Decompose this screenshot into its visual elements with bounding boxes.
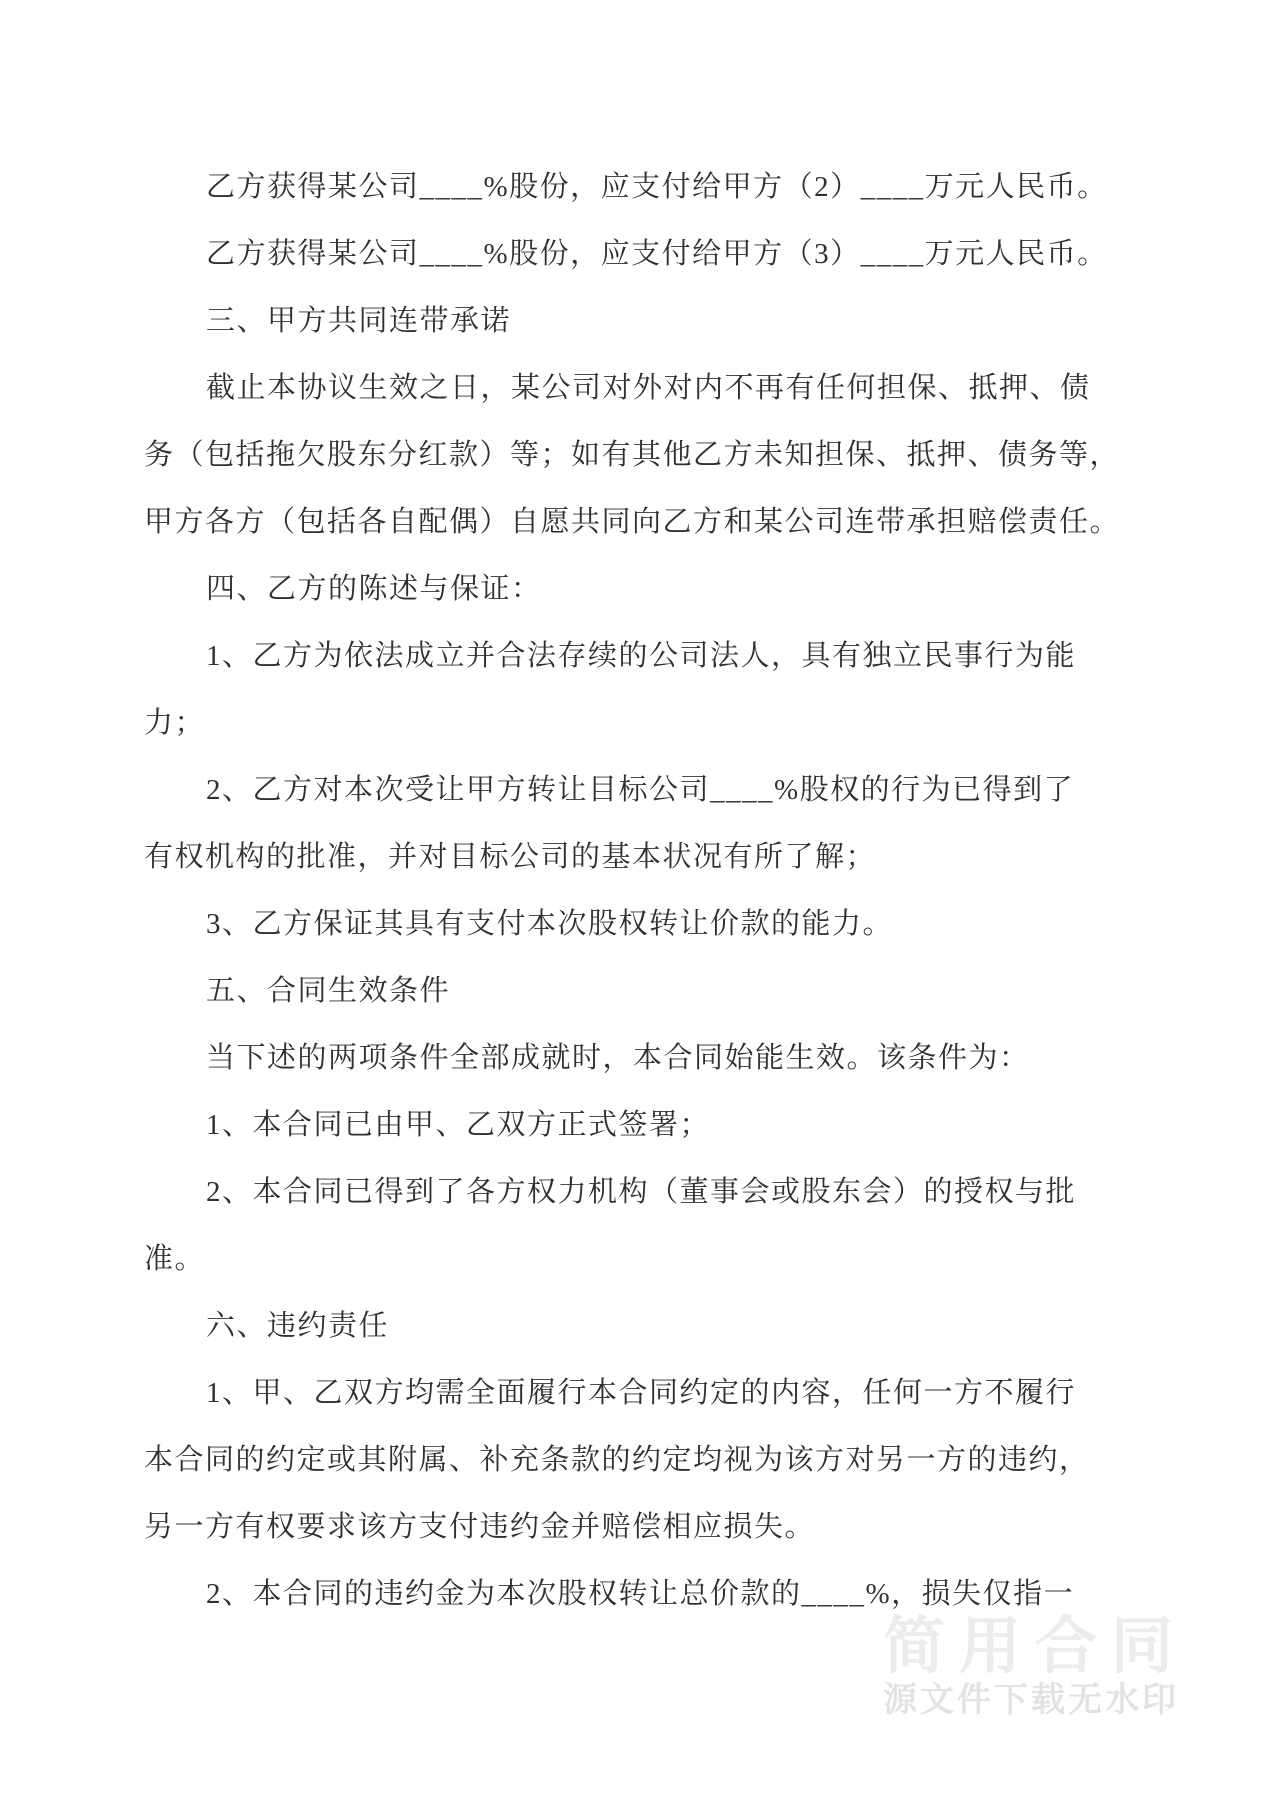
document-page: 乙方获得某公司____%股份，应支付给甲方（2）____万元人民币。 乙方获得某… — [0, 0, 1280, 1810]
contract-line: 本合同的约定或其附属、补充条款的约定均视为该方对另一方的违约， — [144, 1427, 1119, 1494]
contract-line: 乙方获得某公司____%股份，应支付给甲方（3）____万元人民币。 — [144, 221, 1119, 288]
contract-line: 有权机构的批准，并对目标公司的基本状况有所了解； — [144, 824, 1119, 891]
contract-line: 准。 — [144, 1226, 1119, 1293]
contract-line: 力； — [144, 690, 1119, 757]
contract-line: 1、甲、乙双方均需全面履行本合同约定的内容，任何一方不履行 — [144, 1360, 1119, 1427]
contract-line: 2、乙方对本次受让甲方转让目标公司____%股权的行为已得到了 — [144, 757, 1119, 824]
contract-section-heading: 四、乙方的陈述与保证： — [144, 556, 1119, 623]
contract-section-heading: 五、合同生效条件 — [144, 958, 1119, 1025]
contract-line: 3、乙方保证其具有支付本次股权转让价款的能力。 — [144, 891, 1119, 958]
contract-line: 1、乙方为依法成立并合法存续的公司法人，具有独立民事行为能 — [144, 623, 1119, 690]
contract-line: 2、本合同已得到了各方权力机构（董事会或股东会）的授权与批 — [144, 1159, 1119, 1226]
contract-line: 当下述的两项条件全部成就时，本合同始能生效。该条件为： — [144, 1025, 1119, 1092]
contract-line: 另一方有权要求该方支付违约金并赔偿相应损失。 — [144, 1494, 1119, 1561]
contract-body: 乙方获得某公司____%股份，应支付给甲方（2）____万元人民币。 乙方获得某… — [144, 154, 1119, 1628]
watermark-note: 源文件下载无水印 — [883, 1672, 1179, 1721]
contract-line: 截止本协议生效之日，某公司对外对内不再有任何担保、抵押、债 — [144, 355, 1119, 422]
contract-line: 乙方获得某公司____%股份，应支付给甲方（2）____万元人民币。 — [144, 154, 1119, 221]
contract-line: 1、本合同已由甲、乙双方正式签署； — [144, 1092, 1119, 1159]
contract-line: 甲方各方（包括各自配偶）自愿共同向乙方和某公司连带承担赔偿责任。 — [144, 489, 1119, 556]
contract-line: 务（包括拖欠股东分红款）等；如有其他乙方未知担保、抵押、债务等， — [144, 422, 1119, 489]
contract-section-heading: 六、违约责任 — [144, 1293, 1119, 1360]
contract-line: 2、本合同的违约金为本次股权转让总价款的____%，损失仅指一 — [144, 1561, 1119, 1628]
contract-section-heading: 三、甲方共同连带承诺 — [144, 288, 1119, 355]
